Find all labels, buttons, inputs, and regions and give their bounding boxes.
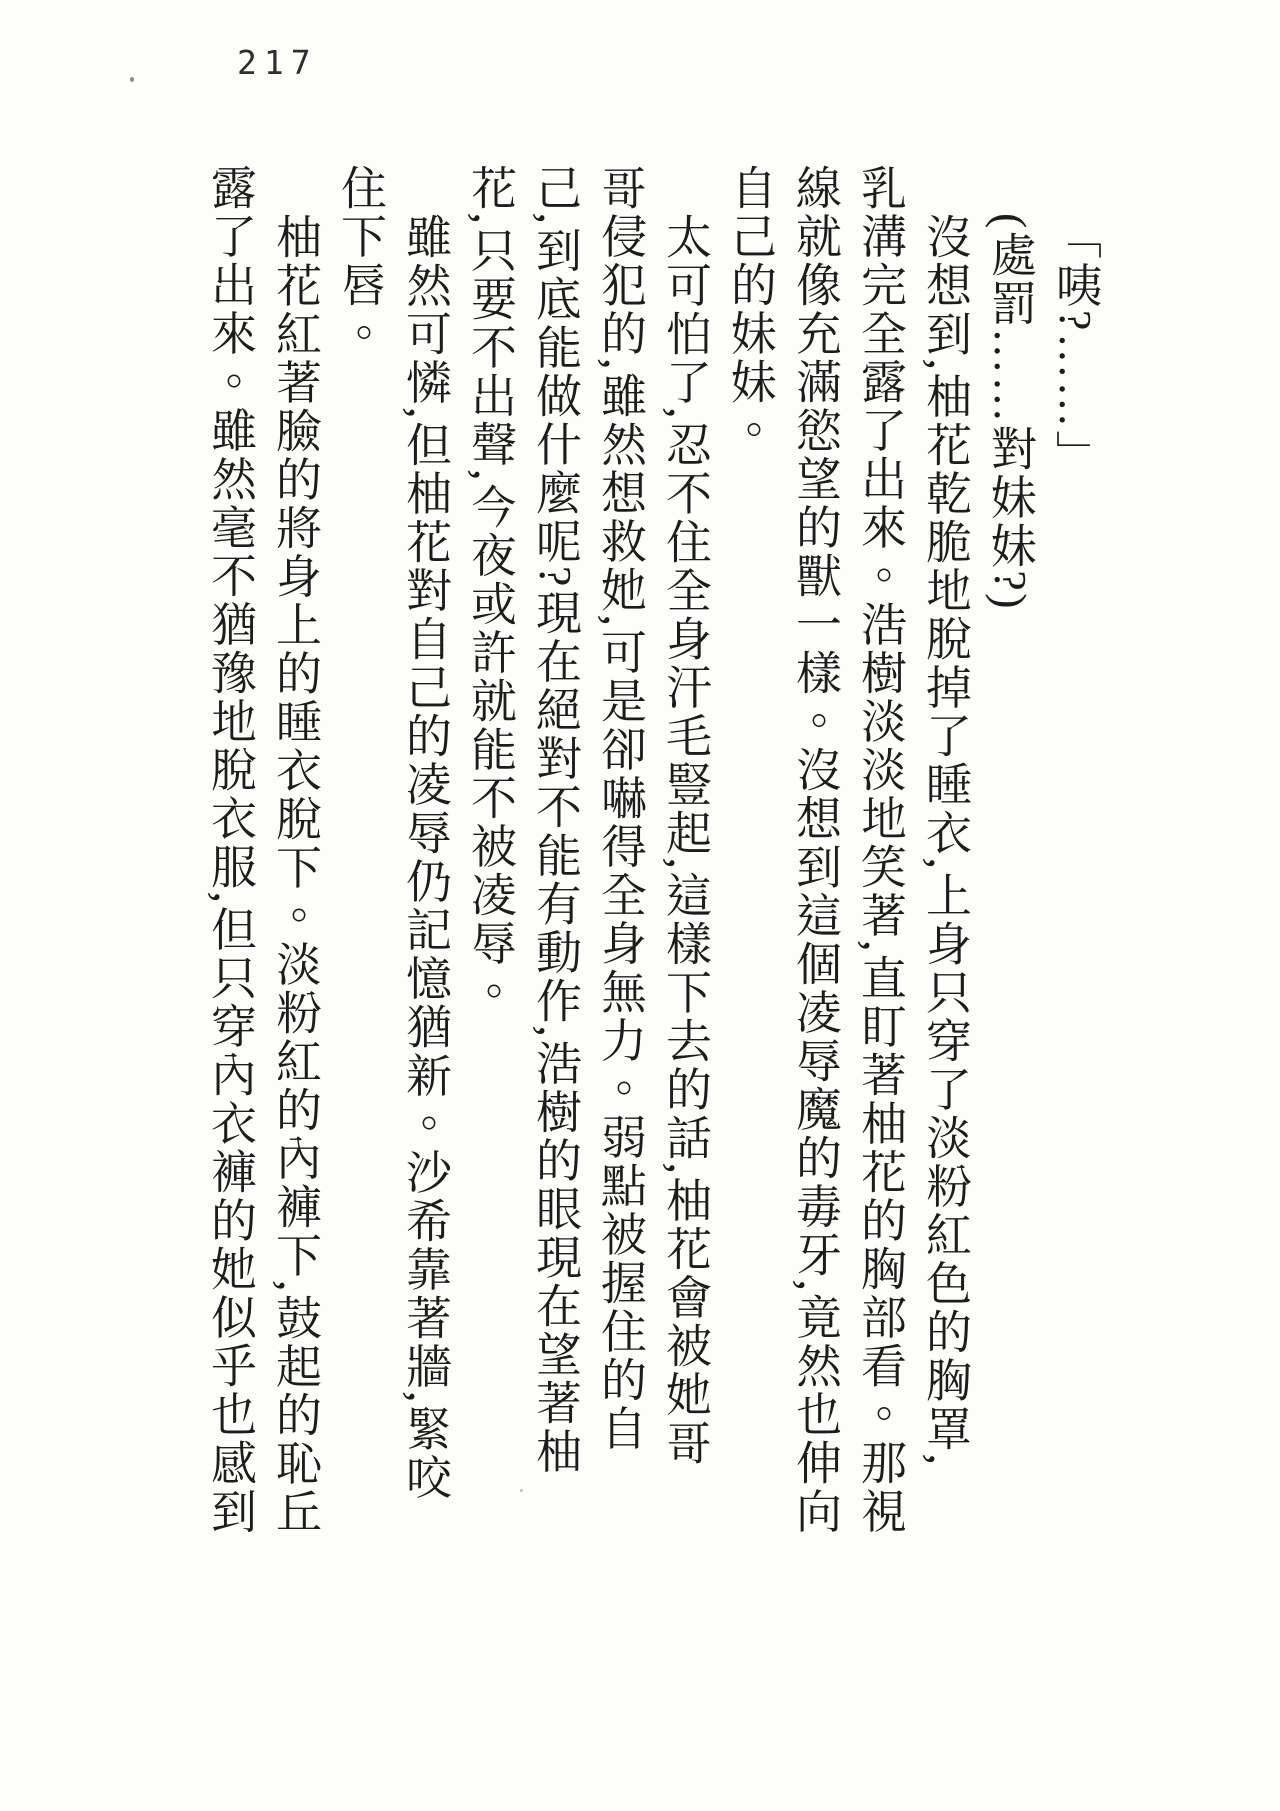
text-column-4: 乳溝完全露了出來。浩樹淡淡地笑著,直盯著柚花的胸部看。那視 [848,164,913,1584]
text-column-13: 柚花紅著臉的將身上的睡衣脫下。淡粉紅的內褲下,鼓起的恥丘 [263,164,328,1633]
scan-speck [130,77,134,82]
text-column-9: 己,到底能做什麼呢?現在絕對不能有動作,浩樹的眼現在望著柚 [523,164,588,1584]
text-block: 「咦?……」 (處罰……對妹妹?) 沒想到,柚花乾脆地脫掉了睡衣,上身只穿了淡粉… [198,164,1108,1584]
text-column-8: 哥侵犯的,雖然想救她,可是卻嚇得全身無力。弱點被握住的自 [588,164,653,1584]
text-column-5: 線就像充滿慾望的獸一樣。沒想到這個凌辱魔的毒牙,竟然也伸向 [783,164,848,1584]
text-column-14: 露了出來。雖然毫不猶豫地脫衣服,但只穿內衣褲的她似乎也感到 [198,164,263,1584]
text-column-11: 雖然可憐,但柚花對自己的凌辱仍記憶猶新。沙希靠著牆,緊咬 [393,164,458,1633]
text-column-3: 沒想到,柚花乾脆地脫掉了睡衣,上身只穿了淡粉紅色的胸罩, [913,164,978,1633]
text-column-6: 自己的妹妹。 [718,164,783,1584]
text-column-1: 「咦?……」 [1043,164,1108,1633]
text-column-7: 太可怕了,忍不住全身汗毛豎起,這樣下去的話,柚花會被她哥 [653,164,718,1633]
book-page: 217 「咦?……」 (處罰……對妹妹?) 沒想到,柚花乾脆地脫掉了睡衣,上身只… [0,0,1280,1811]
text-column-2: (處罰……對妹妹?) [978,164,1043,1633]
text-column-12: 住下唇。 [328,164,393,1584]
text-column-10: 花,只要不出聲,今夜或許就能不被凌辱。 [458,164,523,1584]
page-number: 217 [237,46,318,79]
